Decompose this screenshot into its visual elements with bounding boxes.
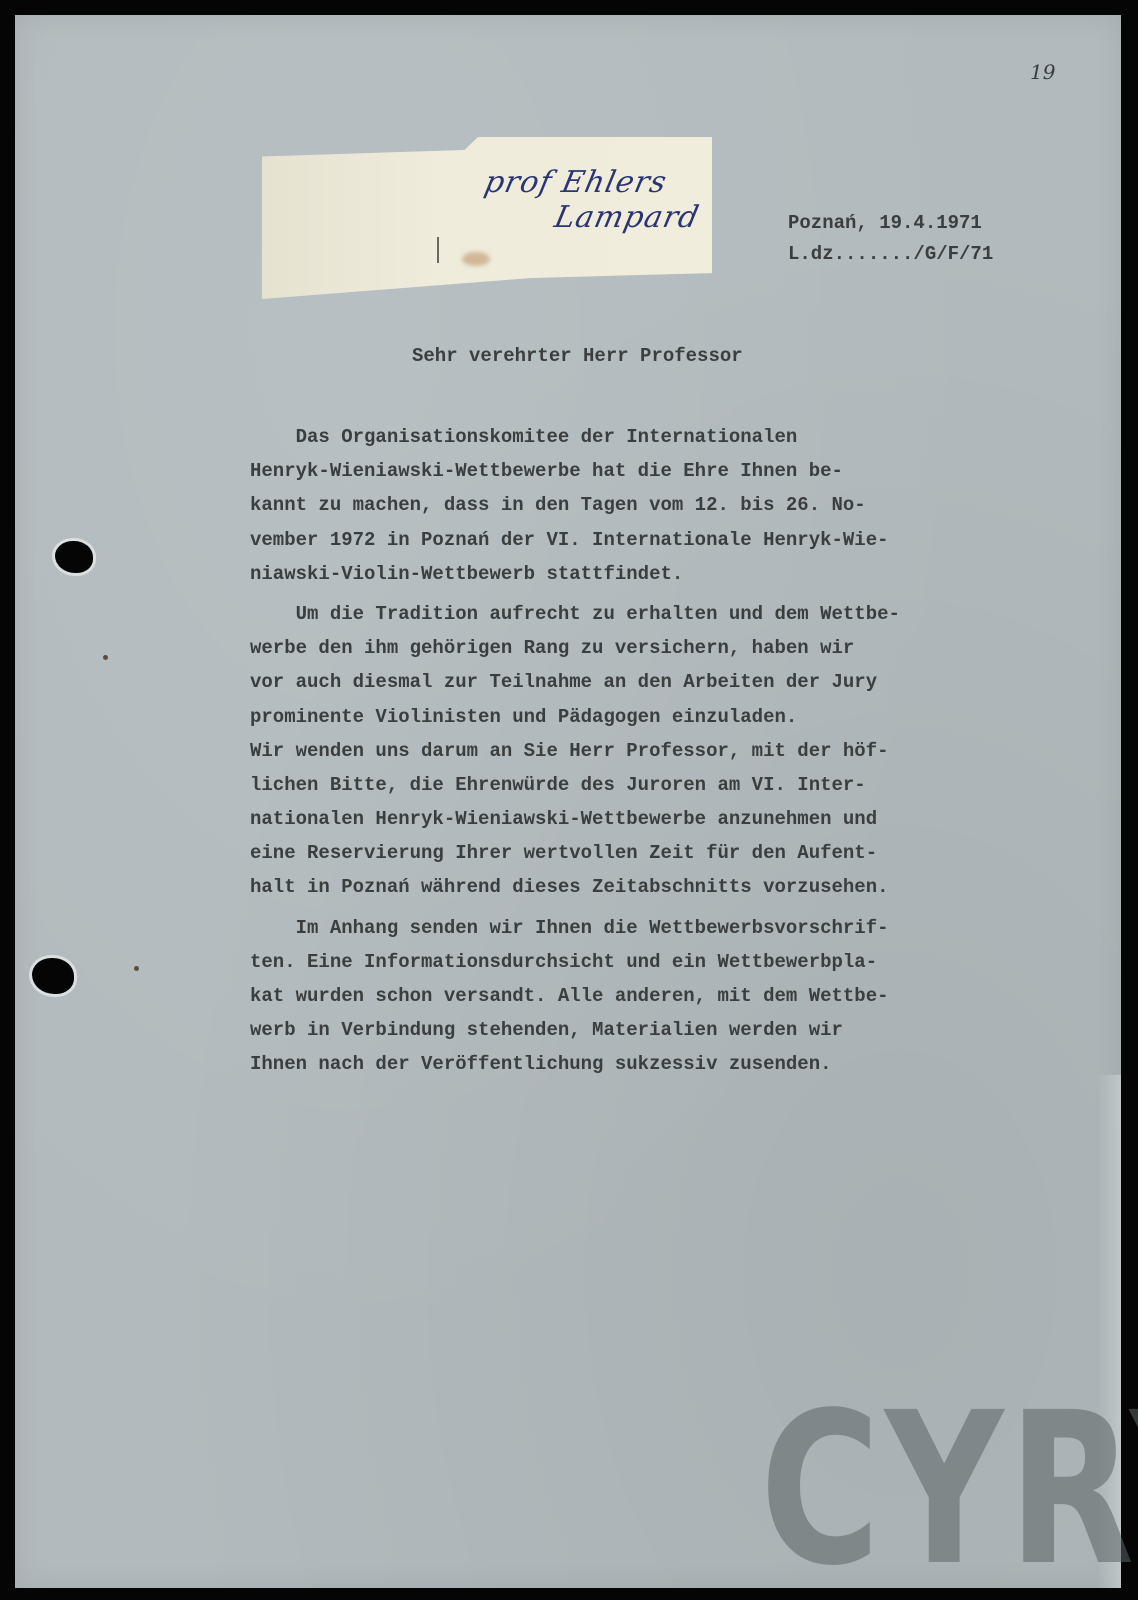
pencil-mark [437,237,439,263]
text-line: niawski-Violin-Wettbewerb stattfindet. [250,557,1030,591]
archive-watermark-logo: CYRYL [760,1385,1138,1595]
paper-speck [103,655,108,660]
text-line: Das Organisationskomitee der Internation… [250,420,1030,454]
text-line: vor auch diesmal zur Teilnahme an den Ar… [250,665,1030,699]
text-line: Ihnen nach der Veröffentlichung sukzessi… [250,1047,1030,1081]
handwritten-name-line2: Lampard [551,200,702,235]
paragraph-3: Im Anhang senden wir Ihnen die Wettbewer… [250,911,1030,1082]
salutation: Sehr verehrter Herr Professor [412,345,743,367]
text-line: eine Reservierung Ihrer wertvollen Zeit … [250,836,1030,870]
text-line: kat wurden schon versandt. Alle anderen,… [250,979,1030,1013]
text-line: Henryk-Wieniawski-Wettbewerbe hat die Eh… [250,454,1030,488]
text-line: Wir wenden uns darum an Sie Herr Profess… [250,734,1030,768]
text-line: nationalen Henryk-Wieniawski-Wettbewerbe… [250,802,1030,836]
text-line: werbe den ihm gehörigen Rang zu versiche… [250,631,1030,665]
reference-number: L.dz......./G/F/71 [788,243,993,265]
text-line: Um die Tradition aufrecht zu erhalten un… [250,597,1030,631]
page-number: 19 [1030,60,1055,84]
text-line: halt in Poznań während dieses Zeitabschn… [250,870,1030,904]
text-line: lichen Bitte, die Ehrenwürde des Juroren… [250,768,1030,802]
text-line: Im Anhang senden wir Ihnen die Wettbewer… [250,911,1030,945]
text-line: werb in Verbindung stehenden, Materialie… [250,1013,1030,1047]
paragraph-1: Das Organisationskomitee der Internation… [250,420,1030,591]
text-line: ten. Eine Informationsdurchsicht und ein… [250,945,1030,979]
punch-hole [32,958,74,994]
text-line: prominente Violinisten und Pädagogen ein… [250,700,1030,734]
place-date: Poznań, 19.4.1971 [788,212,982,234]
punch-hole [55,541,93,573]
stain-mark [462,252,490,266]
text-line: vember 1972 in Poznań der VI. Internatio… [250,523,1030,557]
text-line: kannt zu machen, dass in den Tagen vom 1… [250,488,1030,522]
letter-body: Das Organisationskomitee der Internation… [250,420,1030,1082]
handwritten-name-line1: prof Ehlers [481,165,670,200]
paper-speck [134,966,139,971]
paragraph-2: Um die Tradition aufrecht zu erhalten un… [250,597,1030,905]
